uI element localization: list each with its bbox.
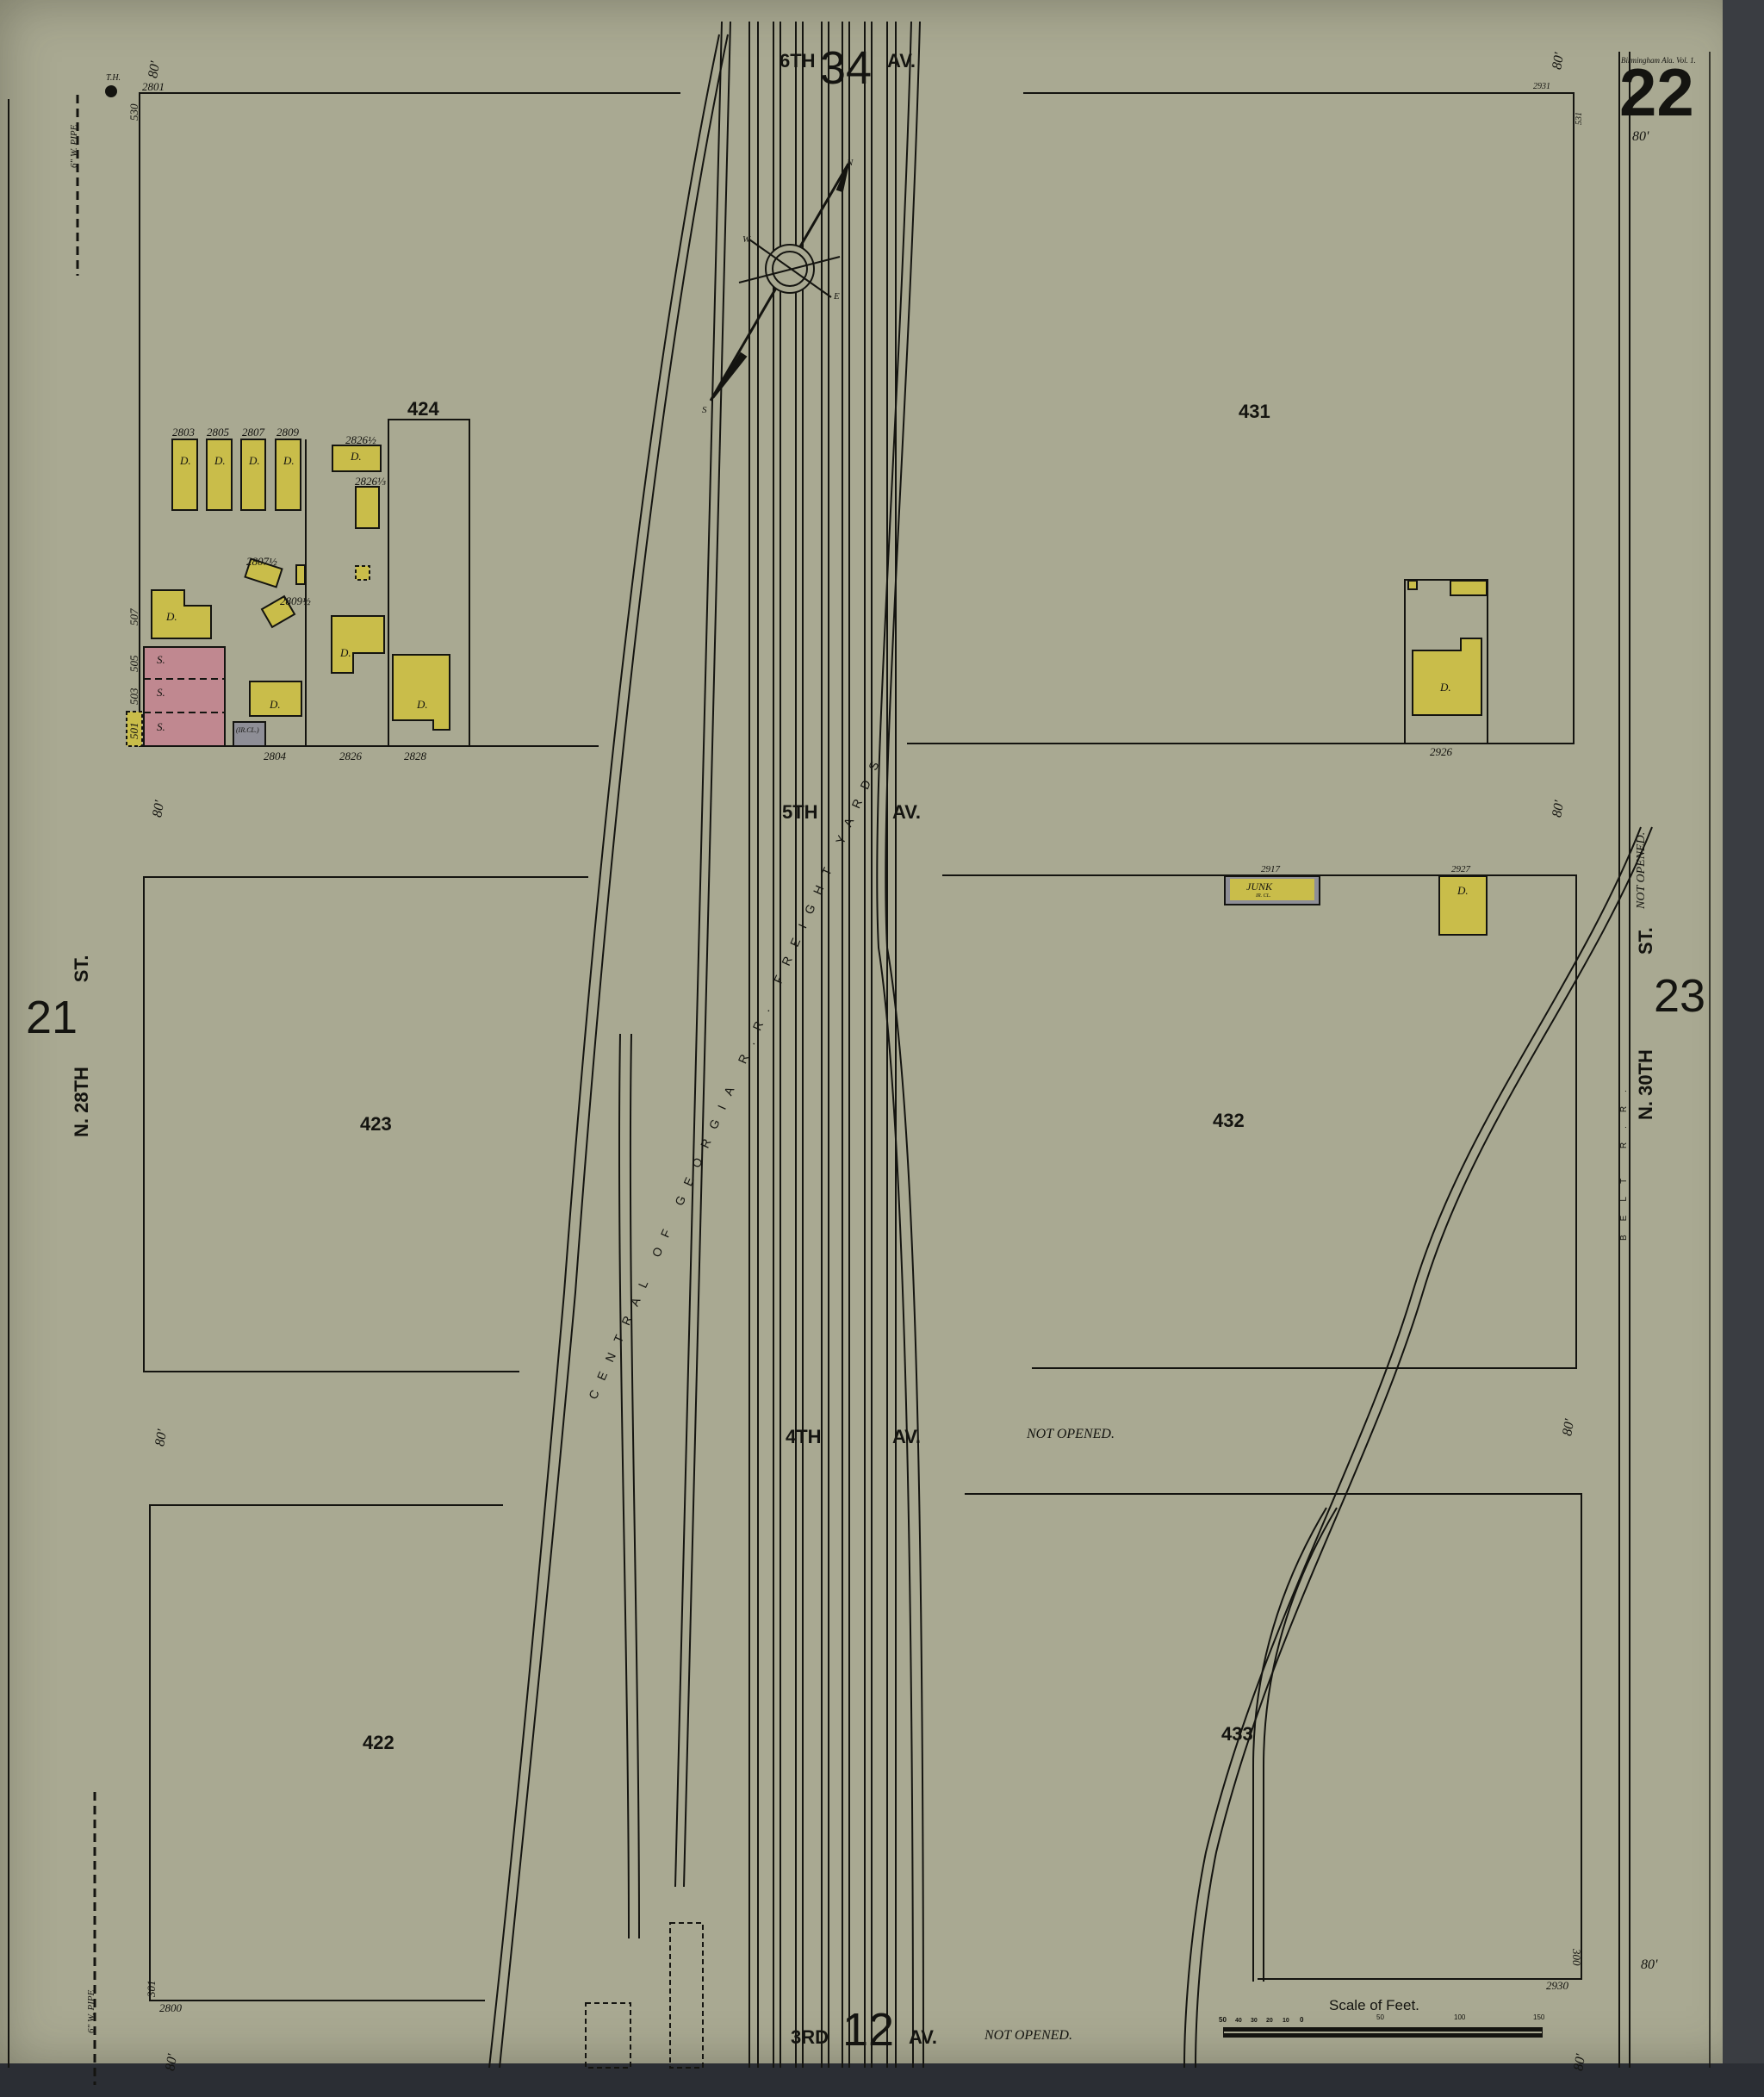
iron-clad-label: IR. CL. — [1256, 893, 1271, 899]
address-2917: 2917 — [1261, 864, 1280, 874]
street-width: 80' — [152, 1428, 171, 1447]
address-2803: 2803 — [172, 426, 195, 439]
block-433-outline — [965, 1494, 1581, 1979]
hydrant-label: T.H. — [106, 73, 121, 83]
scale-tick: 30 — [1251, 2018, 1258, 2024]
adjacent-sheet-top[interactable]: 34 — [820, 41, 872, 95]
street-width: 80' — [1550, 800, 1568, 818]
scale-title: Scale of Feet. — [1329, 1997, 1419, 2014]
compass-e-label: E — [834, 291, 840, 302]
adjacent-sheet-right[interactable]: 23 — [1654, 969, 1705, 1023]
street-n-28th-st: N. 28TH ST. — [71, 955, 93, 1137]
water-pipe-label: 6" W. PIPE — [86, 1990, 96, 2033]
street-width: 80' — [1632, 129, 1649, 145]
rail-tracks — [675, 22, 896, 2068]
address-2826-third: 2826⅓ — [355, 475, 386, 488]
address-2826: 2826 — [339, 750, 362, 763]
fire-hydrant-icon — [105, 85, 117, 97]
street-3rd-av: 3RD — [791, 2026, 829, 2049]
scale-tick: 40 — [1235, 2018, 1242, 2024]
scale-tick: 100 — [1454, 2013, 1465, 2021]
street-width: 80' — [1641, 1957, 1657, 1973]
scale-tick: 0 — [1300, 2016, 1303, 2024]
address-2826-half: 2826½ — [345, 433, 376, 447]
block-431-buildings — [1408, 581, 1487, 715]
address-2807-half: 2807½ — [246, 555, 277, 569]
dwelling-label: D. — [283, 454, 295, 468]
block-number-433[interactable]: 433 — [1221, 1723, 1253, 1745]
street-n-30th-st: N. 30TH ST. — [1635, 927, 1657, 1120]
address-2801: 2801 — [142, 80, 165, 94]
not-opened-note-3rd: NOT OPENED. — [984, 2028, 1072, 2044]
dwelling-label: D. — [1440, 681, 1451, 694]
dwelling-label: D. — [351, 450, 362, 464]
dwelling-label: D. — [270, 698, 281, 712]
scale-tick: 10 — [1283, 2018, 1289, 2024]
street-3rd-av-suffix: AV. — [909, 2026, 937, 2049]
adjacent-sheet-bottom[interactable]: 12 — [842, 2003, 894, 2057]
scale-tick: 20 — [1266, 2018, 1273, 2024]
street-5th-av-suffix: AV. — [892, 801, 921, 824]
address-2800: 2800 — [159, 2001, 182, 2015]
address-531: 531 — [1575, 112, 1584, 125]
scale-tick: 50 — [1219, 2016, 1227, 2024]
scale-tick: 50 — [1376, 2013, 1384, 2021]
address-503: 503 — [127, 688, 141, 706]
address-2807: 2807 — [242, 426, 264, 439]
address-2930: 2930 — [1546, 1979, 1568, 1993]
store-label: S. — [157, 653, 165, 667]
block-number-431[interactable]: 431 — [1239, 401, 1270, 423]
address-2931: 2931 — [1533, 82, 1550, 91]
water-pipe-label: 6" W. PIPE — [69, 125, 79, 168]
dwelling-label: D. — [340, 646, 351, 660]
dwelling-label: D. — [214, 454, 226, 468]
address-2804: 2804 — [264, 750, 286, 763]
street-width: 80' — [150, 800, 168, 818]
address-501: 501 — [127, 723, 141, 740]
block-422-outline — [150, 1505, 503, 2001]
street-width: 80' — [1550, 52, 1568, 71]
address-530: 530 — [127, 104, 141, 121]
railroad-label-belt: BELT R.R. — [1619, 1076, 1629, 1241]
scale-tick: 150 — [1533, 2013, 1544, 2021]
junk-building-label: JUNK — [1246, 880, 1272, 893]
address-2926: 2926 — [1430, 745, 1452, 759]
map-linework — [0, 0, 1764, 2097]
address-2809-half: 2809½ — [280, 594, 311, 608]
street-width: 80' — [146, 60, 164, 79]
block-424-buildings — [127, 439, 450, 746]
street-4th-av-suffix: AV. — [892, 1426, 921, 1448]
address-507: 507 — [127, 609, 141, 626]
address-2809: 2809 — [276, 426, 299, 439]
dwelling-label: D. — [180, 454, 191, 468]
dwelling-label: D. — [166, 610, 177, 624]
iron-clad-shed-label: (IR.CL.) — [236, 726, 259, 734]
compass-s-label: S — [702, 405, 707, 415]
street-width: 80' — [1560, 1418, 1578, 1437]
address-2828: 2828 — [404, 750, 426, 763]
compass-w-label: W — [742, 234, 750, 245]
dwelling-label: D. — [249, 454, 260, 468]
block-number-422[interactable]: 422 — [363, 1732, 394, 1754]
street-4th-av: 4TH — [786, 1426, 822, 1448]
block-number-432[interactable]: 432 — [1213, 1110, 1245, 1132]
street-6th-av-suffix: AV. — [887, 50, 916, 72]
compass-n-label: N — [847, 158, 853, 168]
sheet-number: 22 — [1619, 59, 1694, 126]
address-300: 300 — [1569, 1949, 1583, 1966]
address-505: 505 — [127, 656, 141, 673]
dwelling-label: D. — [417, 698, 428, 712]
not-opened-note-30th: NOT OPENED. — [1635, 832, 1649, 909]
block-number-424[interactable]: 424 — [407, 398, 439, 420]
street-5th-av: 5TH — [782, 801, 818, 824]
store-label: S. — [157, 720, 165, 734]
street-width: 80' — [163, 2053, 181, 2072]
address-2805: 2805 — [207, 426, 229, 439]
street-6th-av: 6TH — [780, 50, 816, 72]
block-number-423[interactable]: 423 — [360, 1113, 392, 1136]
address-2927: 2927 — [1451, 864, 1470, 874]
not-opened-note-4th: NOT OPENED. — [1027, 1427, 1115, 1442]
block-432-outline — [942, 875, 1576, 1368]
scale-bar — [1224, 2028, 1542, 2037]
street-width: 80' — [1571, 2053, 1589, 2072]
dwelling-label: D. — [1457, 884, 1469, 898]
store-label: S. — [157, 686, 165, 700]
address-301: 301 — [145, 1981, 158, 1998]
